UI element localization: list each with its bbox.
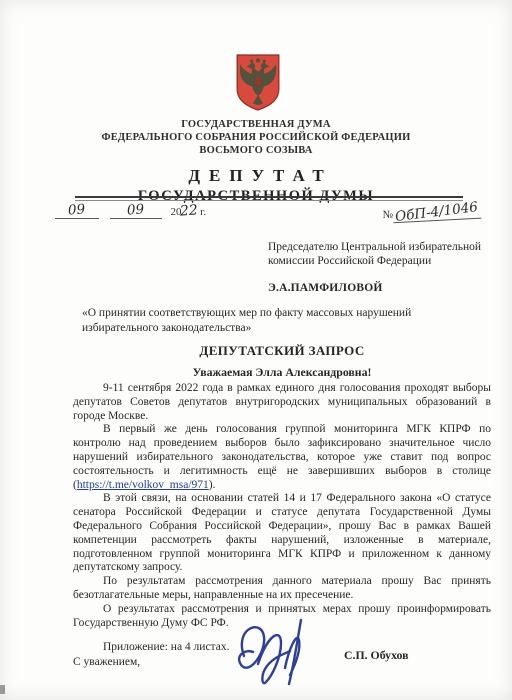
document-number: №ОбП-4/1046 xyxy=(383,204,482,221)
org-name-line2: ФЕДЕРАЛЬНОГО СОБРАНИЯ РОССИЙСКОЙ ФЕДЕРАЦ… xyxy=(0,131,512,144)
number-label: № xyxy=(383,209,394,221)
subject-line: «О принятии соответствующих мер по факту… xyxy=(82,306,474,336)
date-year: 2022 г. xyxy=(171,203,207,219)
telegram-link[interactable]: https://t.me/volkov_msa/971 xyxy=(77,479,209,491)
handwritten-year: 22 xyxy=(179,202,198,219)
date-month-field: 09 xyxy=(110,202,162,219)
salutation: Уважаемая Элла Александровна! xyxy=(73,365,491,380)
signer-name: С.П. Обухов xyxy=(344,648,409,663)
letterhead: ГОСУДАРСТВЕННАЯ ДУМА ФЕДЕРАЛЬНОГО СОБРАН… xyxy=(0,118,512,205)
letterhead-title: ДЕПУТАТ xyxy=(0,166,512,186)
addressee-line2: комиссии Российской Федерации xyxy=(268,254,483,268)
paragraph-2-end: ). xyxy=(209,479,216,491)
paragraph-2: В первый же день голосования группой мон… xyxy=(73,423,491,492)
handwritten-signature-icon xyxy=(222,610,322,692)
scan-artifact xyxy=(0,685,5,694)
letterhead-divider-rule xyxy=(75,196,463,201)
addressee-line1: Председателю Центральной избирательной xyxy=(268,240,483,254)
number-field: ОбП-4/1046 xyxy=(393,202,482,224)
scanned-letter-page: ГОСУДАРСТВЕННАЯ ДУМА ФЕДЕРАЛЬНОГО СОБРАН… xyxy=(0,0,512,700)
year-suffix: г. xyxy=(200,206,206,218)
handwritten-day: 09 xyxy=(68,201,86,218)
addressee-name: Э.А.ПАМФИЛОВОЙ xyxy=(268,281,483,295)
org-name-line1: ГОСУДАРСТВЕННАЯ ДУМА xyxy=(0,118,512,131)
date-day-field: 09 xyxy=(55,202,99,219)
russia-coat-of-arms-icon xyxy=(233,51,283,114)
paragraph-3: В этой связи, на основании статей 14 и 1… xyxy=(73,492,491,575)
paragraph-4: По результатам рассмотрения данного мате… xyxy=(73,575,491,603)
org-name-line3: ВОСЬМОГО СОЗЫВА xyxy=(0,144,512,157)
document-heading: ДЕПУТАТСКИЙ ЗАПРОС xyxy=(73,343,491,359)
handwritten-month: 09 xyxy=(127,201,145,218)
handwritten-number: ОбП-4/1046 xyxy=(395,199,479,225)
reference-row: 09 09 2022 г. №ОбП-4/1046 xyxy=(55,202,485,228)
paragraph-1: 9-11 сентября 2022 года в рамках единого… xyxy=(73,382,491,423)
addressee-block: Председателю Центральной избирательной к… xyxy=(268,240,483,295)
